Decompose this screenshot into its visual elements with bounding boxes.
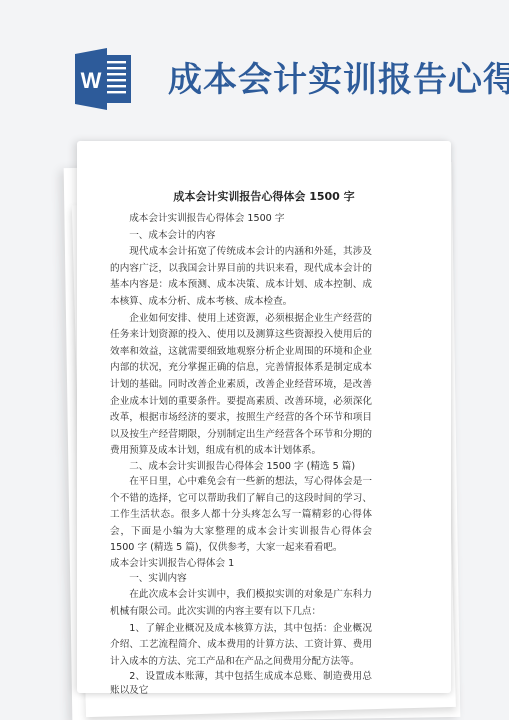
list-item: 1、了解企业概况及成本核算方法，其中包括：企业概况介绍、工艺流程简介、成本费用的… (110, 621, 372, 671)
document-title: 成本会计实训报告心得体会 1500 字 (77, 188, 451, 204)
paragraph: 企业如何安排、使用上述资源，必须根据企业生产经营的任务来计划资源的投入、使用以及… (110, 311, 372, 460)
word-document-icon: W (71, 46, 137, 112)
heading-section-1: 一、成本会计的内容 (110, 228, 372, 245)
banner-title: 成本会计实训报告心得 (168, 52, 509, 101)
paragraph: 现代成本会计拓宽了传统成本会计的内涵和外延，其涉及的内容广泛，以我国会计界目前的… (110, 244, 372, 310)
banner-header: W 成本会计实训报告心得 (0, 0, 509, 130)
heading-essay-1: 成本会计实训报告心得体会 1 (110, 557, 372, 571)
paragraph: 在平日里，心中难免会有一些新的想法，写心得体会是一个不错的选择，它可以帮助我们了… (110, 474, 372, 557)
document-page: 成本会计实训报告心得体会 1500 字 成本会计实训报告心得体会 1500 字 … (77, 141, 451, 693)
document-body: 成本会计实训报告心得体会 1500 字 一、成本会计的内容 现代成本会计拓宽了传… (110, 211, 372, 698)
heading-section-2: 二、成本会计实训报告心得体会 1500 字 (精选 5 篇) (110, 460, 372, 474)
heading-training-content: 一、实训内容 (110, 571, 372, 588)
list-item: 2、设置成本账薄，其中包括生成成本总账、制造费用总账以及它 (110, 670, 372, 698)
svg-text:W: W (81, 68, 102, 93)
paragraph: 在此次成本会计实训中，我们模拟实训的对象是广东科力机械有限公司。此次实训的内容主… (110, 587, 372, 620)
paragraph-subtitle: 成本会计实训报告心得体会 1500 字 (110, 211, 372, 228)
